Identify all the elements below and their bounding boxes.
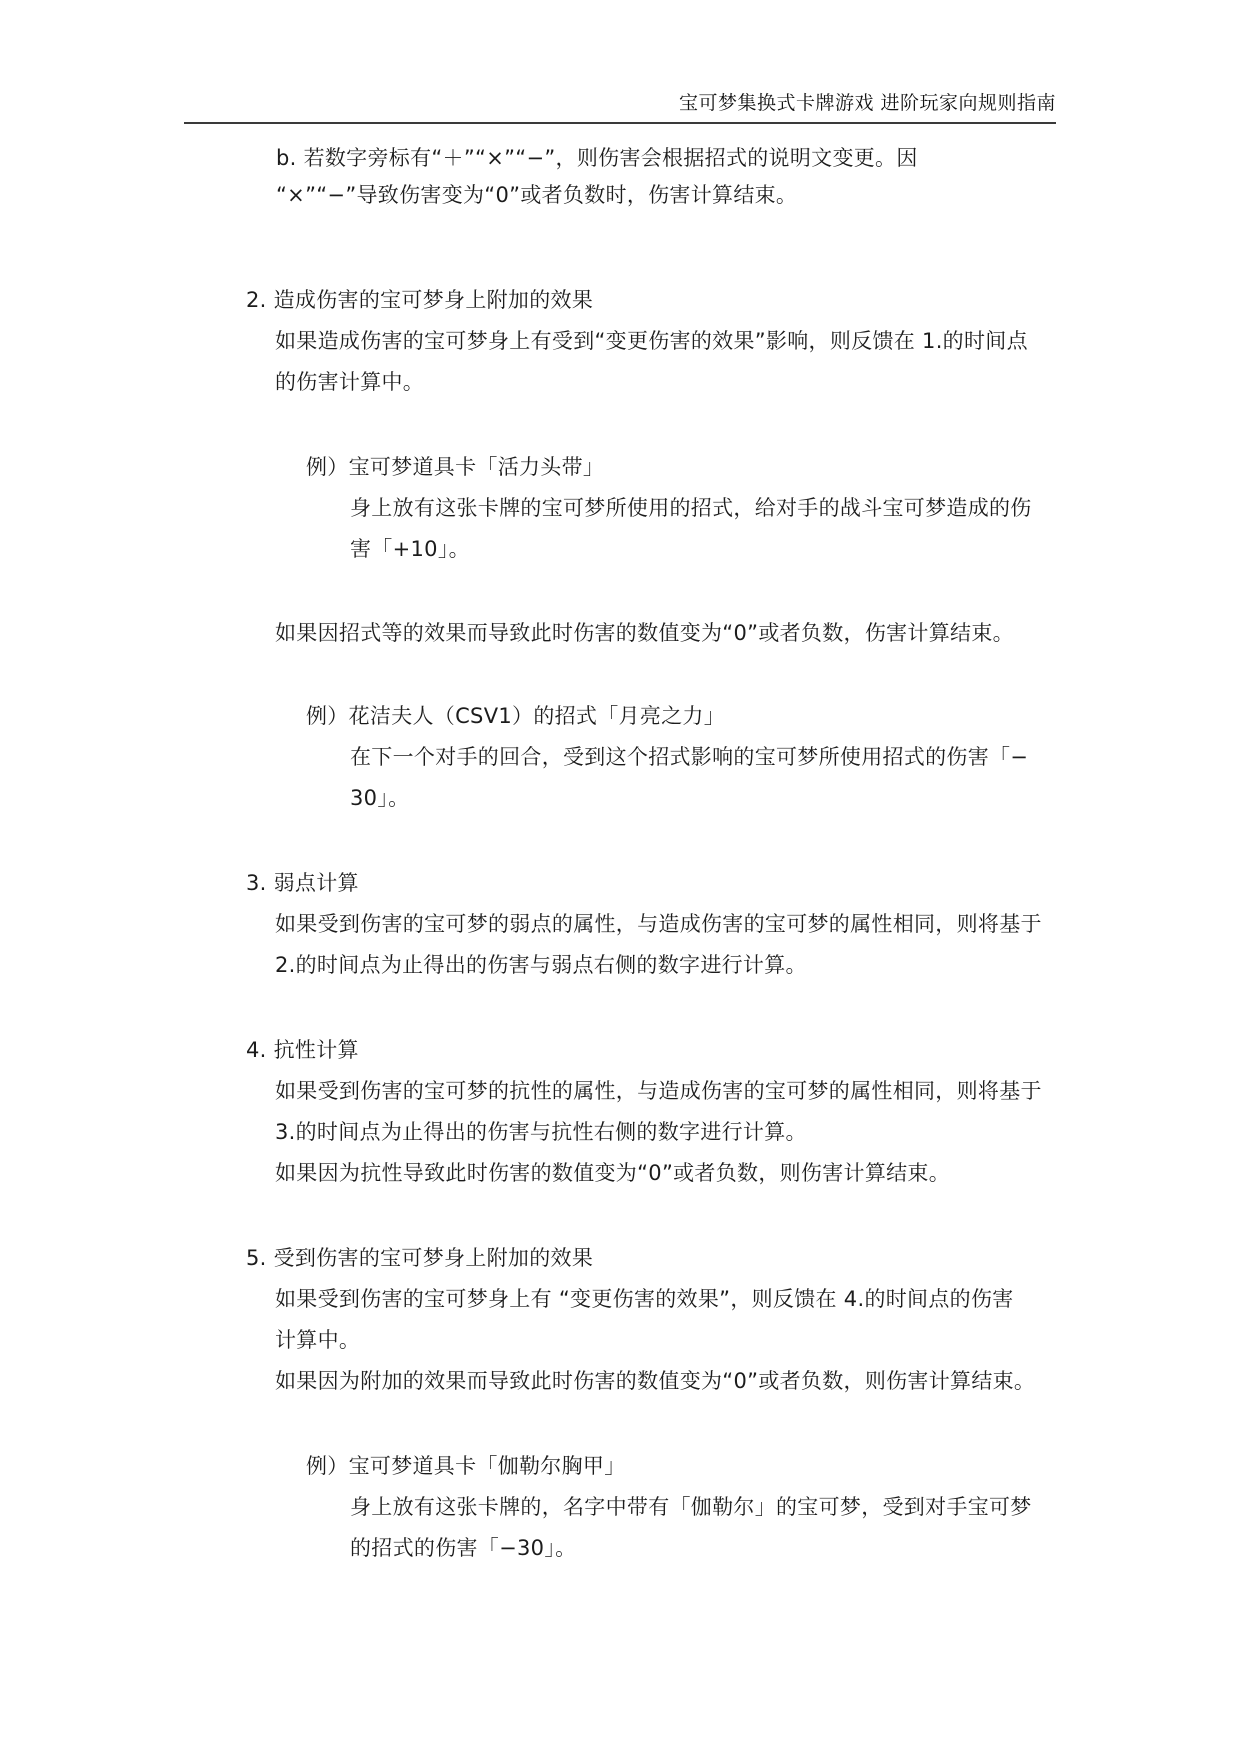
example-line-2: 的招式的伤害「−30」。 [350, 1534, 576, 1562]
section-2-heading: 2. 造成伤害的宝可梦身上附加的效果 [246, 286, 593, 314]
example-line-1: 在下一个对手的回合，受到这个招式影响的宝可梦所使用招式的伤害「− [350, 743, 1028, 771]
section-5-body-1: 如果受到伤害的宝可梦身上有 “变更伤害的效果”，则反馈在 4.的时间点的伤害 [275, 1285, 1014, 1313]
example-line-2: 害「+10」。 [350, 535, 470, 563]
example-title: 例）宝可梦道具卡「活力头带」 [306, 453, 604, 481]
section-4-body-1: 如果受到伤害的宝可梦的抗性的属性，与造成伤害的宝可梦的属性相同，则将基于 [275, 1077, 1042, 1105]
section-2-body-2: 的伤害计算中。 [275, 368, 424, 396]
section-2-body-1: 如果造成伤害的宝可梦身上有受到“变更伤害的效果”影响，则反馈在 1.的时间点 [275, 327, 1028, 355]
example-line-2: 30」。 [350, 784, 409, 812]
item-b-line-2: “×”“−”导致伤害变为“0”或者负数时，伤害计算结束。 [276, 181, 797, 209]
section-3-body-1: 如果受到伤害的宝可梦的弱点的属性，与造成伤害的宝可梦的属性相同，则将基于 [275, 910, 1042, 938]
example-line-1: 身上放有这张卡牌的，名字中带有「伽勒尔」的宝可梦，受到对手宝可梦 [350, 1493, 1032, 1521]
page-header: 宝可梦集换式卡牌游戏 进阶玩家向规则指南 [184, 86, 1056, 124]
document-title: 宝可梦集换式卡牌游戏 进阶玩家向规则指南 [679, 88, 1056, 115]
section-title: 受到伤害的宝可梦身上附加的效果 [274, 1244, 594, 1272]
section-3-body-2: 2.的时间点为止得出的伤害与弱点右侧的数字进行计算。 [275, 951, 807, 979]
section-title: 造成伤害的宝可梦身上附加的效果 [274, 286, 594, 314]
item-b-line-1: b. 若数字旁标有“＋”“×”“−”，则伤害会根据招式的说明文变更。因 [276, 144, 918, 172]
section-number: 5. [246, 1244, 267, 1272]
section-title: 弱点计算 [274, 869, 359, 897]
section-5-body-2: 计算中。 [275, 1326, 360, 1354]
example-title: 例）花洁夫人（CSV1）的招式「月亮之力」 [306, 702, 725, 730]
section-number: 2. [246, 286, 267, 314]
section-4-body-3: 如果因为抗性导致此时伤害的数值变为“0”或者负数，则伤害计算结束。 [275, 1159, 950, 1187]
section-number: 3. [246, 869, 267, 897]
section-number: 4. [246, 1036, 267, 1064]
section-title: 抗性计算 [274, 1036, 359, 1064]
section-5-body-3: 如果因为附加的效果而导致此时伤害的数值变为“0”或者负数，则伤害计算结束。 [275, 1367, 1035, 1395]
section-5-heading: 5. 受到伤害的宝可梦身上附加的效果 [246, 1244, 593, 1272]
example-title: 例）宝可梦道具卡「伽勒尔胸甲」 [306, 1452, 626, 1480]
section-4-heading: 4. 抗性计算 [246, 1036, 359, 1064]
example-line-1: 身上放有这张卡牌的宝可梦所使用的招式，给对手的战斗宝可梦造成的伤 [350, 494, 1032, 522]
section-3-heading: 3. 弱点计算 [246, 869, 359, 897]
section-2-note: 如果因招式等的效果而导致此时伤害的数值变为“0”或者负数，伤害计算结束。 [275, 619, 1014, 647]
section-4-body-2: 3.的时间点为止得出的伤害与抗性右侧的数字进行计算。 [275, 1118, 807, 1146]
